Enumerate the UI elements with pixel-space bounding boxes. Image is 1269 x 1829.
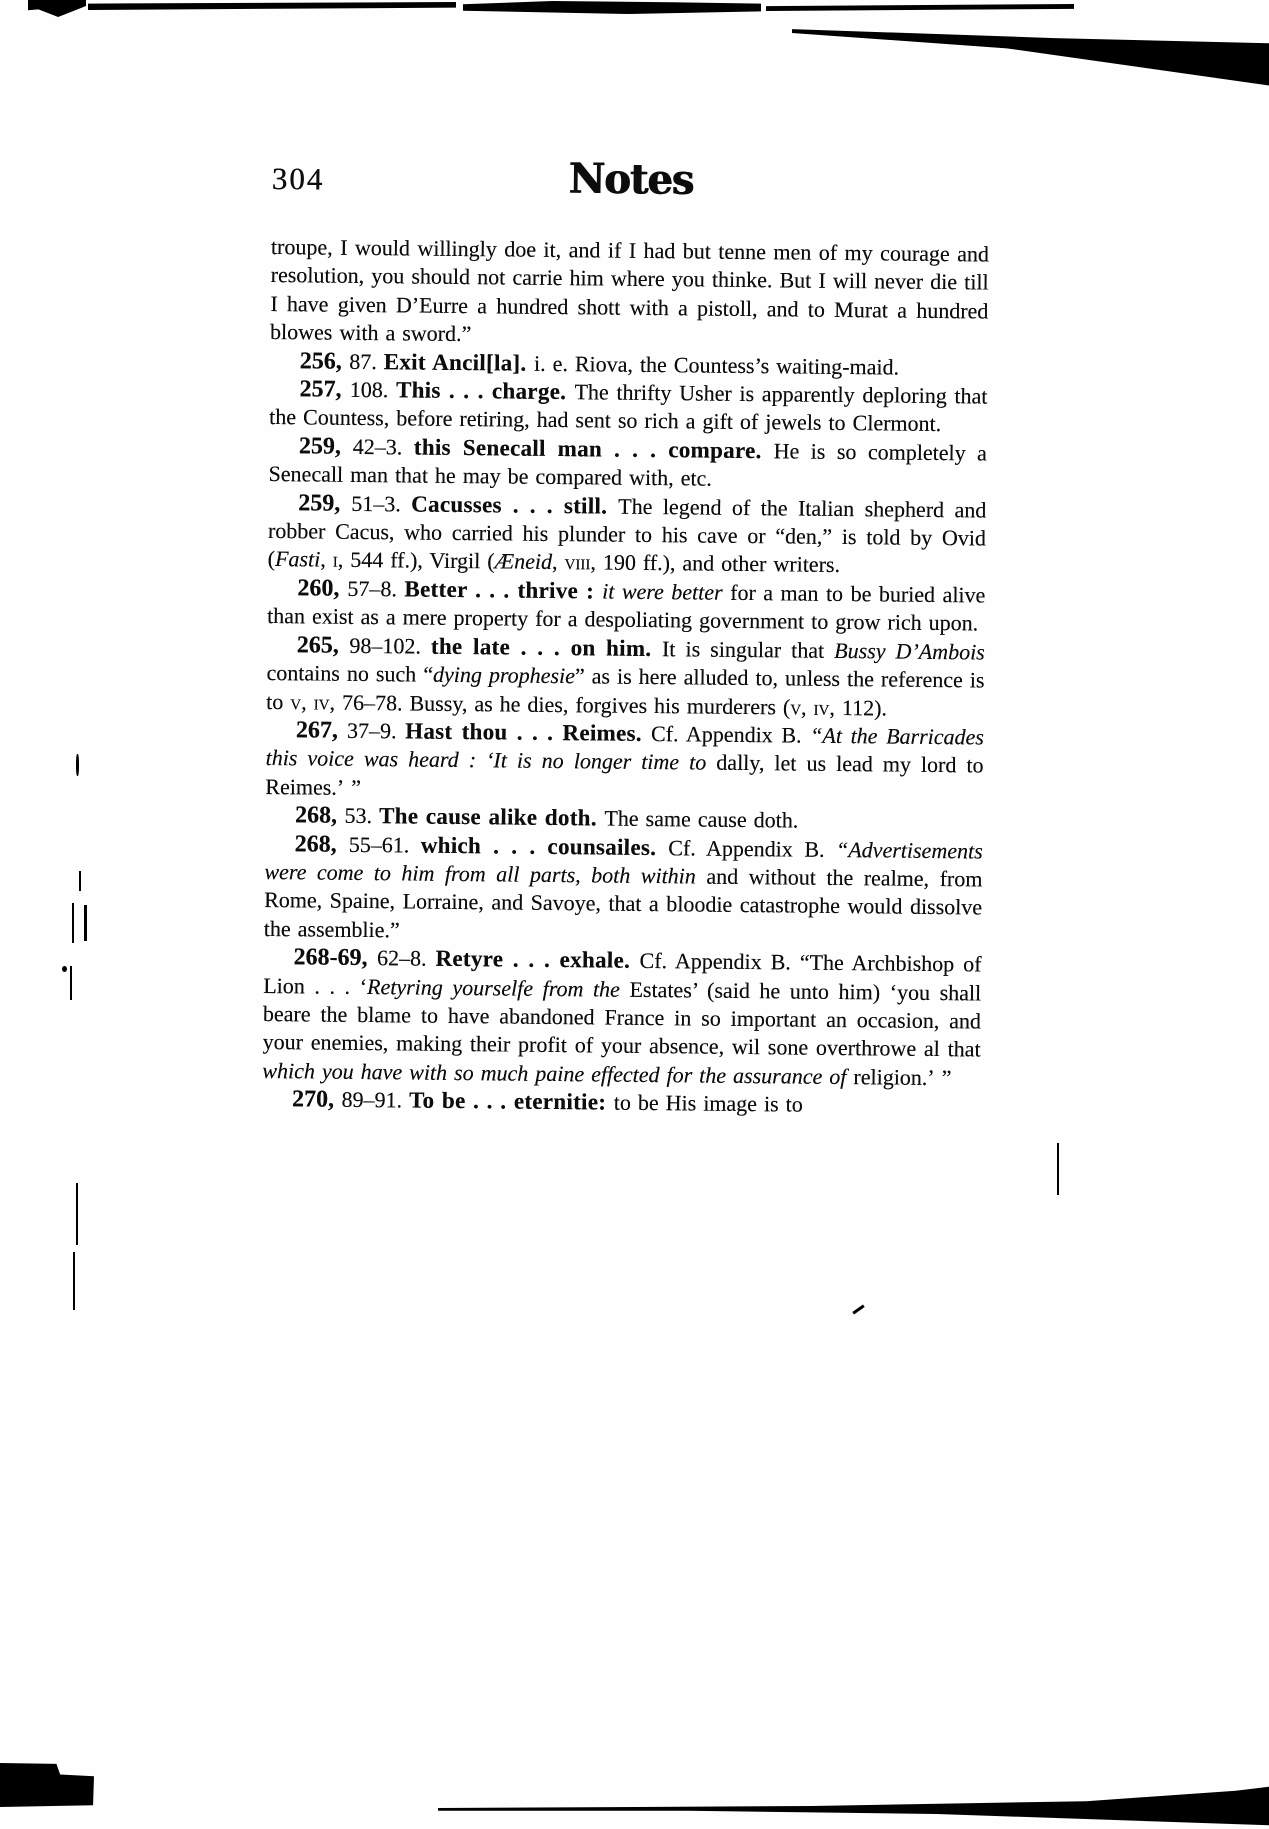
text-run: which . . . counsailes. (421, 832, 669, 860)
text-run: Æneid (495, 549, 553, 575)
scan-smudge-top-bar-3 (766, 4, 1074, 11)
text-run: , 112). (829, 694, 887, 720)
text-run: 42–3. (353, 434, 414, 460)
text-run: 98–102. (349, 633, 431, 659)
text-run: 55–61. (349, 831, 421, 857)
text-run: The cause alike doth. (379, 803, 605, 830)
stray-pen-tick (852, 1305, 864, 1315)
text-run: 260, (297, 575, 347, 602)
text-run: 57–8. (347, 576, 404, 602)
note-paragraph: troupe, I would willingly doe it, and if… (270, 233, 989, 354)
text-run: 53. (344, 803, 379, 828)
running-title: Notes (568, 154, 693, 204)
margin-mark-1 (76, 754, 79, 776)
note-paragraph: 267, 37–9. Hast thou . . . Reimes. Cf. A… (265, 716, 984, 809)
text-run: 108. (350, 377, 397, 402)
scan-smudge-top-left (28, 0, 86, 17)
text-run: , 76–78. Bussy, as he dies, forgives his… (329, 689, 790, 719)
text-run: This . . . charge. (396, 377, 575, 404)
text-run: Cf. Appendix B. (668, 835, 836, 862)
text-run: the late . . . on him. (431, 633, 662, 660)
scan-smudge-top-bar-1 (88, 2, 456, 10)
text-run: 267, (296, 717, 347, 744)
text-run: troupe, I would willingly doe it, and if… (270, 234, 989, 346)
text-run: v, iv (290, 689, 329, 714)
text-run: Bussy D’Ambois (834, 638, 985, 665)
page-number: 304 (272, 161, 569, 200)
text-run: 62–8. (377, 945, 436, 971)
text-run: 257, (299, 376, 350, 403)
text-run: Hast thou . . . Reimes. (405, 718, 651, 746)
text-run: v, iv (790, 694, 829, 719)
text-run: 259, (298, 490, 351, 517)
note-paragraph: 259, 51–3. Cacusses . . . still. The leg… (268, 489, 987, 582)
text-run: 268, (295, 802, 345, 829)
text-run: i. e. Riova, the Countess’s waiting-maid… (534, 350, 899, 379)
text-run: to be His image is to (614, 1090, 803, 1117)
text-run: 265, (297, 632, 350, 659)
text-run: Cf. Appendix B. (651, 721, 810, 748)
margin-mark-5 (70, 966, 72, 1000)
text-run: it were better (602, 578, 730, 604)
text-run: , 190 ff.), and other writers. (590, 550, 840, 578)
text-run: To be . . . eternitie: (409, 1088, 614, 1115)
text-run: dying prophesie (433, 662, 575, 688)
text-run: Retyre . . . exhale. (435, 946, 639, 973)
text-run: 259, (299, 433, 353, 460)
note-paragraph: 257, 108. This . . . charge. The thrifty… (269, 375, 988, 439)
scan-streak-bottom (438, 1786, 1269, 1826)
text-run: Retyring yourselfe from the (367, 974, 630, 1002)
text-run: 51–3. (351, 491, 411, 517)
scan-smudge-top-bar-2 (463, 1, 761, 14)
margin-mark-2 (79, 871, 81, 891)
text-run: It is singular that (662, 636, 834, 663)
text-run: 256, (300, 348, 350, 375)
text-run: , (552, 549, 565, 574)
text-run: religion.’ ” (853, 1064, 951, 1090)
text-run: , (320, 547, 333, 572)
margin-mark-4 (84, 905, 87, 941)
text-run: this Senecall man . . . compare. (414, 434, 774, 463)
note-paragraph: 259, 42–3. this Senecall man . . . compa… (268, 432, 987, 496)
header-spacer (693, 193, 990, 196)
text-run: 268, (295, 831, 349, 858)
text-run: 268-69, (293, 944, 377, 971)
margin-mark-6 (76, 1183, 78, 1245)
note-paragraph: 268-69, 62–8. Retyre . . . exhale. Cf. A… (262, 943, 981, 1093)
text-run: The same cause doth. (604, 806, 798, 833)
note-paragraph: 268, 55–61. which . . . counsailes. Cf. … (264, 829, 983, 950)
note-paragraph: 265, 98–102. the late . . . on him. It i… (266, 631, 985, 724)
note-paragraph: 260, 57–8. Better . . . thrive : it were… (267, 574, 986, 638)
text-run: 89–91. (341, 1087, 409, 1113)
margin-mark-dot (62, 966, 67, 972)
book-page-scan: 304 Notes troupe, I would willingly doe … (0, 0, 1269, 1829)
text-run: 270, (292, 1086, 342, 1113)
page-content: 304 Notes troupe, I would willingly doe … (262, 152, 990, 1121)
text-run: Exit Ancil[la]. (384, 349, 535, 376)
text-run: viii (564, 550, 590, 575)
notes-body: troupe, I would willingly doe it, and if… (262, 233, 989, 1121)
scan-streak-top-right (792, 24, 1269, 88)
scan-blob-bottom-left (0, 1763, 94, 1807)
running-header: 304 Notes (272, 152, 990, 207)
margin-mark-3 (72, 903, 74, 943)
text-run: Cacusses . . . still. (411, 491, 618, 518)
text-run: 37–9. (347, 718, 405, 744)
text-run: , 544 ff.), Virgil ( (338, 547, 495, 574)
text-run: which you have with so much paine effect… (262, 1058, 853, 1089)
text-run: Better . . . thrive : (404, 576, 602, 603)
text-run: Fasti (275, 547, 320, 572)
text-run: 87. (349, 348, 384, 373)
margin-mark-7 (73, 1252, 75, 1310)
margin-mark-right (1057, 1143, 1059, 1195)
text-run: contains no such “ (266, 660, 433, 687)
